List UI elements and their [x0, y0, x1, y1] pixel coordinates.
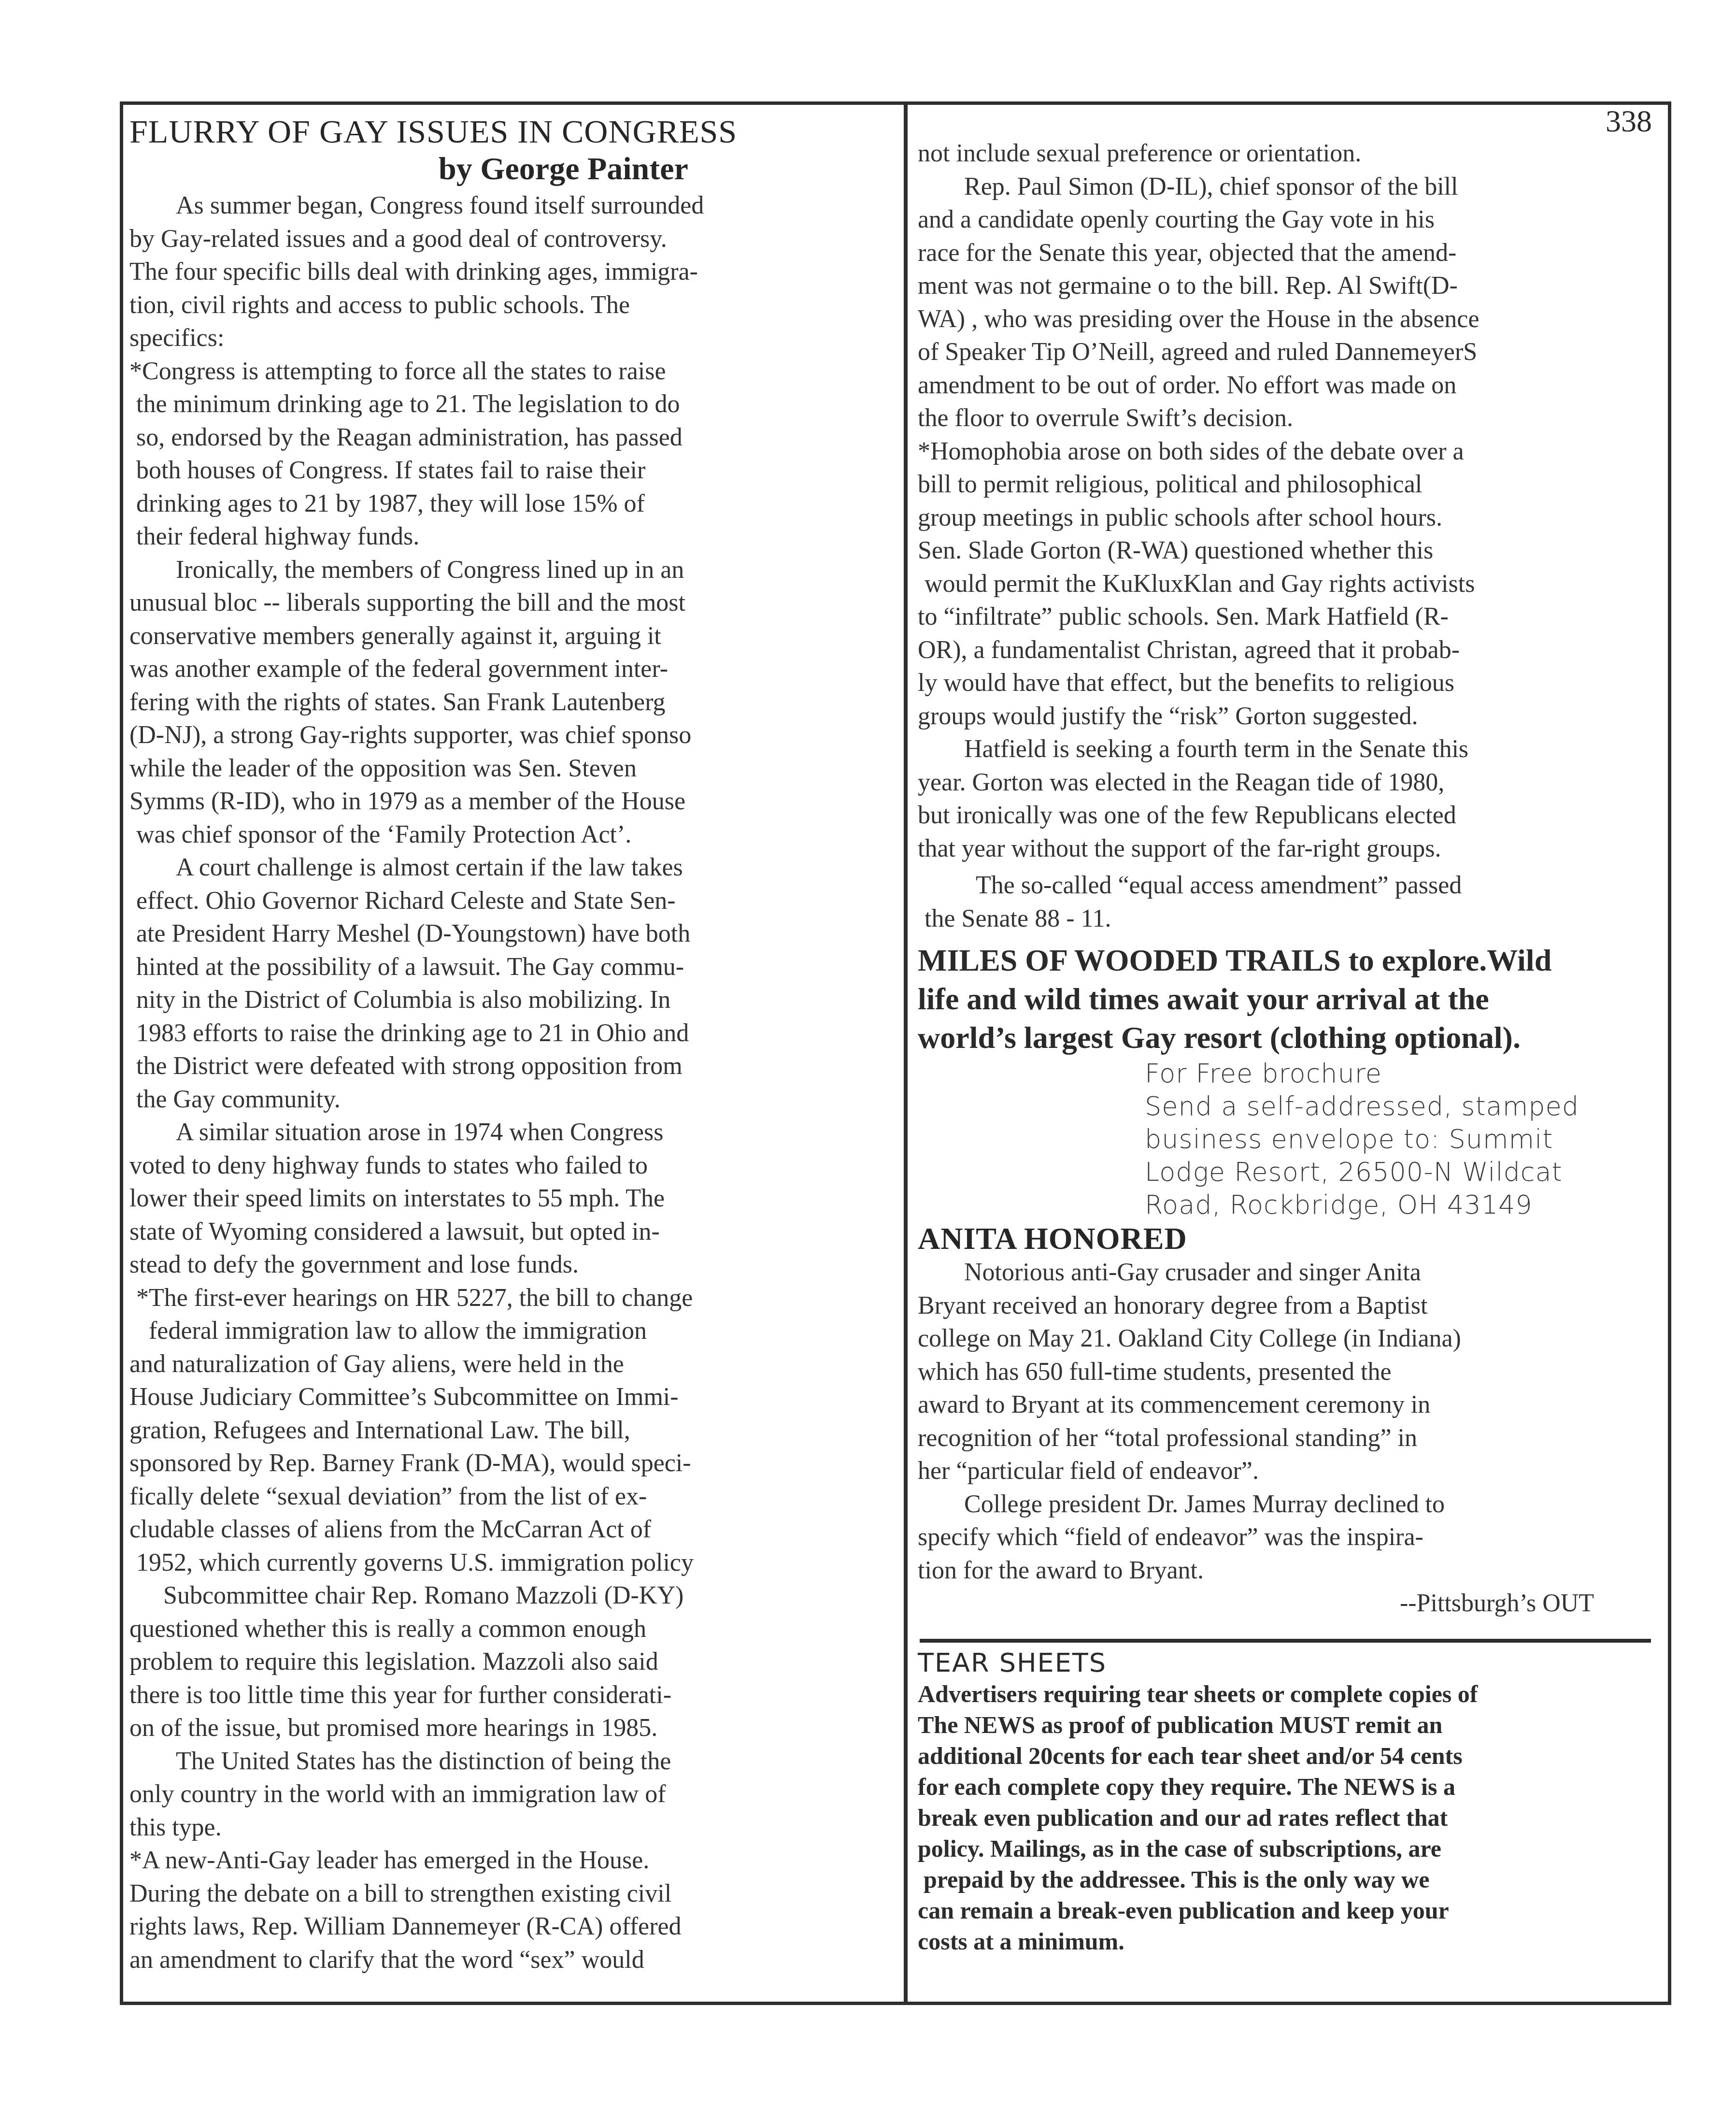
article-body-left: As summer began, Congress found itself s… — [129, 189, 897, 1977]
text-line: voted to deny highway funds to states wh… — [129, 1149, 897, 1183]
text-line: race for the Senate this year, objected … — [918, 237, 1662, 270]
text-line: group meetings in public schools after s… — [918, 501, 1662, 535]
text-line: Bryant received an honorary degree from … — [918, 1289, 1662, 1323]
text-line: and a candidate openly courting the Gay … — [918, 203, 1662, 237]
text-line: Rep. Paul Simon (D-IL), chief sponsor of… — [918, 171, 1662, 204]
text-line: ment was not germaine o to the bill. Rep… — [918, 270, 1662, 303]
source-attribution: --Pittsburgh’s OUT — [918, 1587, 1662, 1620]
text-line: not include sexual preference or orienta… — [918, 137, 1662, 171]
ad-headline-line-2: life and wild times await your arrival a… — [918, 980, 1662, 1018]
text-line: while the leader of the opposition was S… — [129, 752, 897, 786]
text-line: specifics: — [129, 322, 897, 355]
text-line: her “particular field of endeavor”. — [918, 1455, 1662, 1488]
text-line: award to Bryant at its commencement cere… — [918, 1389, 1662, 1422]
text-line: state of Wyoming considered a lawsuit, b… — [129, 1216, 897, 1249]
text-line: *Congress is attempting to force all the… — [129, 355, 897, 388]
text-line: Subcommittee chair Rep. Romano Mazzoli (… — [129, 1579, 897, 1613]
text-line: The so-called “equal access amendment” p… — [918, 869, 1662, 903]
text-line: During the debate on a bill to strengthe… — [129, 1877, 897, 1911]
text-line: their federal highway funds. — [129, 520, 897, 554]
ad-headline-caps: MILES OF WOODED TRAILS — [918, 943, 1340, 977]
text-line: The four specific bills deal with drinki… — [129, 256, 897, 289]
text-line: amendment to be out of order. No effort … — [918, 369, 1662, 402]
article-body-right: not include sexual preference or orienta… — [918, 137, 1662, 935]
text-line: Symms (R-ID), who in 1979 as a member of… — [129, 785, 897, 818]
text-line: conservative members generally against i… — [129, 620, 897, 653]
text-line: policy. Mailings, as in the case of subs… — [918, 1833, 1662, 1864]
text-line: nity in the District of Columbia is also… — [129, 984, 897, 1017]
ad-address-line: Road, Rockbridge, OH 43149 — [1145, 1189, 1662, 1221]
text-line: tion, civil rights and access to public … — [129, 289, 897, 322]
text-line: prepaid by the addressee. This is the on… — [918, 1864, 1662, 1895]
text-line: Hatfield is seeking a fourth term in the… — [918, 733, 1662, 766]
tear-sheets-body: Advertisers requiring tear sheets or com… — [918, 1678, 1662, 1957]
text-line: was another example of the federal gover… — [129, 653, 897, 686]
text-line: Advertisers requiring tear sheets or com… — [918, 1678, 1662, 1709]
text-line: The United States has the distinction of… — [129, 1745, 897, 1778]
text-line: federal immigration law to allow the imm… — [129, 1315, 897, 1348]
text-line: there is too little time this year for f… — [129, 1679, 897, 1712]
text-line: A court challenge is almost certain if t… — [129, 851, 897, 885]
text-line: 1983 efforts to raise the drinking age t… — [129, 1017, 897, 1050]
text-line: bill to permit religious, political and … — [918, 468, 1662, 501]
text-line: only country in the world with an immigr… — [129, 1778, 897, 1811]
text-line: tion for the award to Bryant. — [918, 1554, 1662, 1588]
text-line: ate President Harry Meshel (D-Youngstown… — [129, 917, 897, 951]
text-line: 1952, which currently governs U.S. immig… — [129, 1547, 897, 1580]
text-line: specify which “field of endeavor” was th… — [918, 1521, 1662, 1554]
text-line: of Speaker Tip O’Neill, agreed and ruled… — [918, 336, 1662, 369]
text-line: the District were defeated with strong o… — [129, 1050, 897, 1083]
tear-sheets-heading: TEAR SHEETS — [918, 1648, 1662, 1678]
text-line: to “infiltrate” public schools. Sen. Mar… — [918, 601, 1662, 634]
text-line: recognition of her “total professional s… — [918, 1422, 1662, 1455]
text-line: but ironically was one of the few Republ… — [918, 799, 1662, 832]
text-line: break even publication and our ad rates … — [918, 1802, 1662, 1833]
text-line: Sen. Slade Gorton (R-WA) questioned whet… — [918, 534, 1662, 568]
ad-headline-rest: to explore.Wild — [1340, 943, 1551, 977]
text-line: gration, Refugees and International Law.… — [129, 1414, 897, 1447]
text-line: fering with the rights of states. San Fr… — [129, 686, 897, 719]
text-line: (D-NJ), a strong Gay-rights supporter, w… — [129, 719, 897, 752]
article-headline: FLURRY OF GAY ISSUES IN CONGRESS — [129, 112, 897, 151]
text-line: groups would justify the “risk” Gorton s… — [918, 700, 1662, 733]
ad-headline: MILES OF WOODED TRAILS to explore.Wild — [918, 941, 1662, 980]
text-line: *The first-ever hearings on HR 5227, the… — [129, 1282, 897, 1315]
text-line: OR), a fundamentalist Christan, agreed t… — [918, 634, 1662, 667]
text-line: unusual bloc -- liberals supporting the … — [129, 587, 897, 620]
text-line: drinking ages to 21 by 1987, they will l… — [129, 487, 897, 521]
column-divider — [904, 101, 908, 2005]
text-line: WA) , who was presiding over the House i… — [918, 303, 1662, 336]
text-line: problem to require this legislation. Maz… — [129, 1646, 897, 1679]
text-line: on of the issue, but promised more heari… — [129, 1712, 897, 1745]
text-line: hinted at the possibility of a lawsuit. … — [129, 951, 897, 984]
text-line: the floor to overrule Swift’s decision. — [918, 402, 1662, 435]
ad-address-block: For Free brochure Send a self-addressed,… — [918, 1057, 1662, 1221]
anita-body: Notorious anti-Gay crusader and singer A… — [918, 1256, 1662, 1620]
text-line: which has 650 full-time students, presen… — [918, 1356, 1662, 1389]
left-column: FLURRY OF GAY ISSUES IN CONGRESS by Geor… — [129, 101, 897, 1977]
text-line: an amendment to clarify that the word “s… — [129, 1944, 897, 1977]
text-line: this type. — [129, 1811, 897, 1845]
text-line: effect. Ohio Governor Richard Celeste an… — [129, 885, 897, 918]
text-line: the Gay community. — [129, 1083, 897, 1117]
text-line: the minimum drinking age to 21. The legi… — [129, 388, 897, 421]
text-line: the Senate 88 - 11. — [918, 903, 1662, 936]
ad-headline-line-3: world’s largest Gay resort (clothing opt… — [918, 1018, 1662, 1057]
text-line: both houses of Congress. If states fail … — [129, 454, 897, 487]
text-line: can remain a break-even publication and … — [918, 1895, 1662, 1926]
text-line: ly would have that effect, but the benef… — [918, 667, 1662, 700]
text-line: by Gay-related issues and a good deal of… — [129, 223, 897, 256]
ad-address-line: For Free brochure — [1145, 1057, 1662, 1090]
ad-address-line: Send a self-addressed, stamped — [1145, 1090, 1662, 1123]
text-line: sponsored by Rep. Barney Frank (D-MA), w… — [129, 1447, 897, 1480]
text-line: House Judiciary Committee’s Subcommittee… — [129, 1381, 897, 1414]
section-rule — [920, 1639, 1651, 1643]
text-line: College president Dr. James Murray decli… — [918, 1488, 1662, 1521]
text-line: stead to defy the government and lose fu… — [129, 1248, 897, 1282]
anita-heading: ANITA HONORED — [918, 1221, 1662, 1256]
text-line: Ironically, the members of Congress line… — [129, 554, 897, 587]
text-line: *Homophobia arose on both sides of the d… — [918, 435, 1662, 469]
text-line: Notorious anti-Gay crusader and singer A… — [918, 1256, 1662, 1289]
text-line: that year without the support of the far… — [918, 832, 1662, 866]
ad-address-line: Lodge Resort, 26500-N Wildcat — [1145, 1156, 1662, 1189]
text-line: *A new-Anti-Gay leader has emerged in th… — [129, 1844, 897, 1877]
text-line: fically delete “sexual deviation” from t… — [129, 1480, 897, 1514]
text-line: A similar situation arose in 1974 when C… — [129, 1116, 897, 1149]
text-line: year. Gorton was elected in the Reagan t… — [918, 766, 1662, 800]
text-line: lower their speed limits on interstates … — [129, 1182, 897, 1216]
text-line: was chief sponsor of the ‘Family Protect… — [129, 818, 897, 852]
text-line: additional 20cents for each tear sheet a… — [918, 1740, 1662, 1771]
text-line: The NEWS as proof of publication MUST re… — [918, 1709, 1662, 1740]
text-line: would permit the KuKluxKlan and Gay righ… — [918, 568, 1662, 601]
text-line: costs at a minimum. — [918, 1926, 1662, 1957]
page-number: 338 — [918, 105, 1662, 137]
text-line: rights laws, Rep. William Dannemeyer (R-… — [129, 1910, 897, 1944]
article-byline: by George Painter — [129, 151, 897, 187]
right-column: 338 not include sexual preference or ori… — [918, 101, 1662, 1957]
text-line: and naturalization of Gay aliens, were h… — [129, 1348, 897, 1381]
text-line: college on May 21. Oakland City College … — [918, 1322, 1662, 1356]
text-line: questioned whether this is really a comm… — [129, 1613, 897, 1646]
ad-address-line: business envelope to: Summit — [1145, 1123, 1662, 1156]
resort-advertisement: MILES OF WOODED TRAILS to explore.Wild l… — [918, 941, 1662, 1221]
text-line: for each complete copy they require. The… — [918, 1771, 1662, 1802]
text-line: cludable classes of aliens from the McCa… — [129, 1513, 897, 1547]
text-line: As summer began, Congress found itself s… — [129, 189, 897, 223]
text-line: so, endorsed by the Reagan administratio… — [129, 421, 897, 455]
